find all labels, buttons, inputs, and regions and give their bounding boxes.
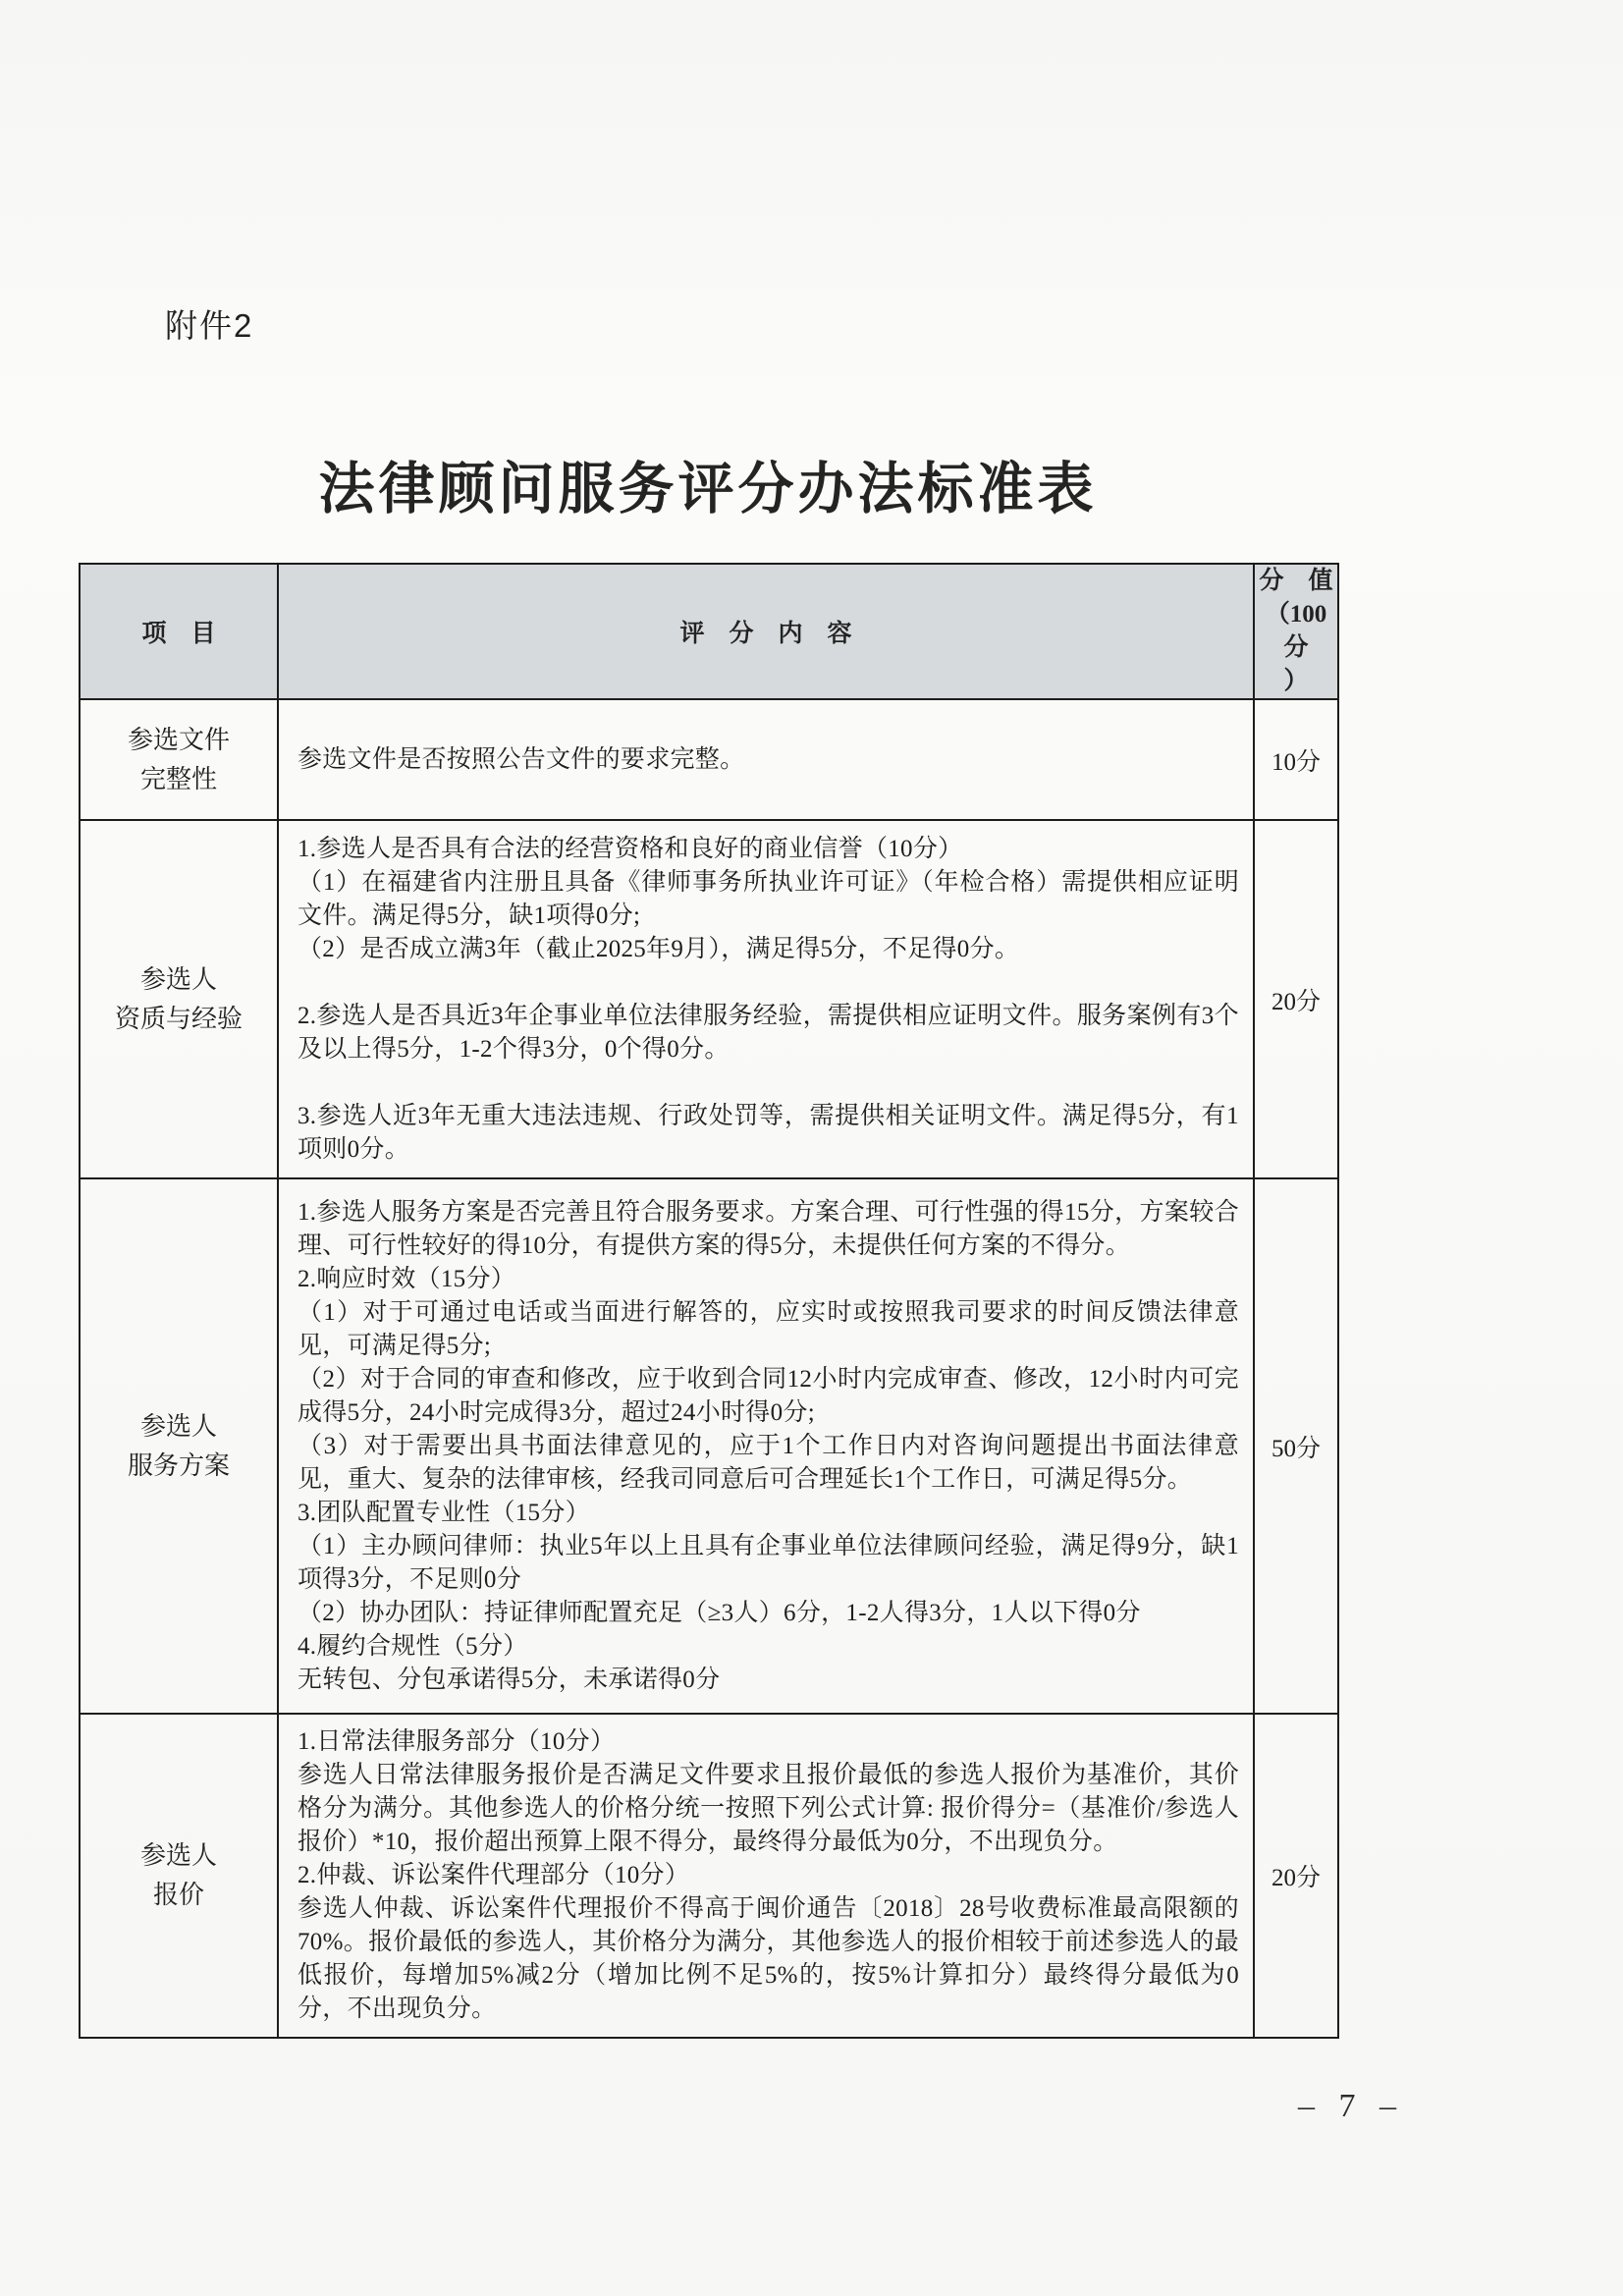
row-score-value: 20分 (1254, 820, 1338, 1178)
table-row-file-completeness: 参选文件 完整性 参选文件是否按照公告文件的要求完整。 10分 (80, 699, 1338, 820)
row-item-label: 参选人 报价 (80, 1714, 278, 2038)
row-item-label: 参选人 服务方案 (80, 1178, 278, 1714)
table-row-qualification-experience: 参选人 资质与经验 1.参选人是否具有合法的经营资格和良好的商业信誉（10分） … (80, 820, 1338, 1178)
attachment-label: 附件2 (165, 301, 253, 347)
header-content-column: 评 分 内 容 (278, 564, 1254, 699)
row-score-value: 10分 (1254, 699, 1338, 820)
page-number: – 7 – (1298, 2088, 1404, 2125)
table-row-quotation: 参选人 报价 1.日常法律服务部分（10分） 参选人日常法律服务报价是否满足文件… (80, 1714, 1338, 2038)
document-page: 附件2 法律顾问服务评分办法标准表 项 目 评 分 内 容 分 值 （100分 … (0, 0, 1623, 2296)
row-content-text: 1.日常法律服务部分（10分） 参选人日常法律服务报价是否满足文件要求且报价最低… (278, 1714, 1254, 2038)
row-content-text: 参选文件是否按照公告文件的要求完整。 (278, 699, 1254, 820)
table-row-service-plan: 参选人 服务方案 1.参选人服务方案是否完善且符合服务要求。方案合理、可行性强的… (80, 1178, 1338, 1714)
row-score-value: 20分 (1254, 1714, 1338, 2038)
row-item-label: 参选人 资质与经验 (80, 820, 278, 1178)
header-item-column: 项 目 (80, 564, 278, 699)
row-content-text: 1.参选人是否具有合法的经营资格和良好的商业信誉（10分） （1）在福建省内注册… (278, 820, 1254, 1178)
row-item-label: 参选文件 完整性 (80, 699, 278, 820)
row-content-text: 1.参选人服务方案是否完善且符合服务要求。方案合理、可行性强的得15分，方案较合… (278, 1178, 1254, 1714)
page-title: 法律顾问服务评分办法标准表 (79, 444, 1337, 524)
table-header-row: 项 目 评 分 内 容 分 值 （100分 ） (80, 564, 1338, 699)
row-score-value: 50分 (1254, 1178, 1338, 1714)
header-score-column: 分 值 （100分 ） (1254, 564, 1338, 699)
scoring-table: 项 目 评 分 内 容 分 值 （100分 ） 参选文件 完整性 参选文件是否按… (79, 563, 1339, 2039)
